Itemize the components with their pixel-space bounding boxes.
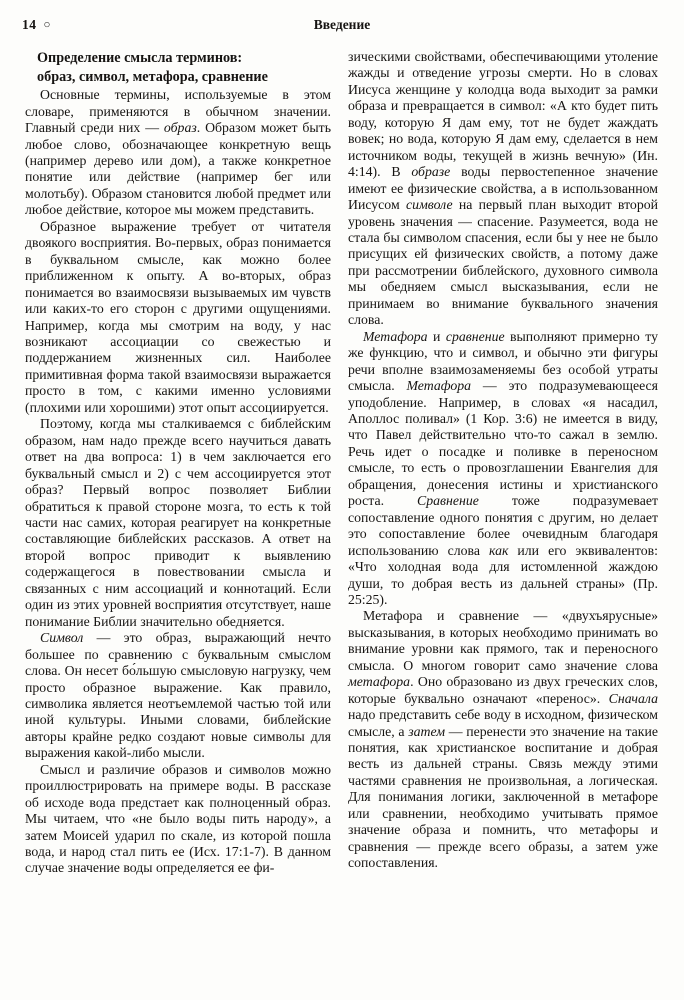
paragraph: зическими свойствами, обеспечивающими ут…: [348, 49, 658, 329]
section-heading-line: образ, символ, метафора, сравнение: [37, 68, 331, 87]
italic-term: образе: [411, 164, 450, 179]
text-run: зическими свойствами, обеспечивающими ут…: [348, 49, 658, 179]
page-header: Введение 14○: [22, 17, 662, 35]
text-run: — это образ, выражающий нечто большее по…: [25, 630, 331, 760]
italic-term: Сравнение: [417, 493, 479, 508]
italic-term: Метафора: [363, 329, 428, 344]
paragraph: Метафора и сравнение — «двухъярусные» вы…: [348, 608, 658, 871]
text-run: — это подразумевающееся уподобление. Нап…: [348, 378, 658, 508]
section-heading: Определение смысла терминов:образ, симво…: [37, 49, 331, 86]
right-column: зическими свойствами, обеспечивающими ут…: [348, 49, 658, 877]
paragraph: Смысл и различие образов и символов можн…: [25, 762, 331, 877]
text-run: — перенести это значение на такие поняти…: [348, 724, 658, 871]
circle-ornament-icon: ○: [44, 19, 51, 31]
italic-term: сравнение: [446, 329, 505, 344]
section-heading-line: Определение смысла терминов:: [37, 49, 331, 68]
text-run: Поэтому, когда мы сталкиваемся с библейс…: [25, 416, 331, 628]
running-title: Введение: [22, 17, 662, 33]
text-run: и: [428, 329, 446, 344]
text-columns: Определение смысла терминов:образ, симво…: [25, 49, 658, 877]
paragraph: Образное выражение требует от читателя д…: [25, 219, 331, 416]
paragraph: Основные термины, используемые в этом сл…: [25, 87, 331, 219]
italic-term: символе: [406, 197, 453, 212]
page-number-group: 14○: [22, 17, 50, 33]
italic-term: как: [489, 543, 508, 558]
italic-term: затем: [408, 724, 445, 739]
left-column: Определение смысла терминов:образ, симво…: [25, 49, 331, 877]
paragraph: Символ — это образ, выражающий нечто бол…: [25, 630, 331, 762]
italic-term: Символ: [40, 630, 83, 645]
italic-term: Метафора: [407, 378, 472, 393]
italic-term: метафора: [348, 674, 410, 689]
text-run: Смысл и различие образов и символов можн…: [25, 762, 331, 876]
italic-term: Сначала: [609, 691, 658, 706]
paragraph: Поэтому, когда мы сталкиваемся с библейс…: [25, 416, 331, 630]
paragraph: Метафора и сравнение выполняют примерно …: [348, 329, 658, 609]
page-number: 14: [22, 17, 37, 32]
italic-term: образ: [164, 120, 197, 135]
text-run: Образное выражение требует от читателя д…: [25, 219, 331, 415]
book-page: Введение 14○ Определение смысла терминов…: [0, 0, 684, 1000]
text-run: на первый план выходит второй уровень зн…: [348, 197, 658, 327]
text-run: Метафора и сравнение — «двухъярусные» вы…: [348, 608, 658, 672]
